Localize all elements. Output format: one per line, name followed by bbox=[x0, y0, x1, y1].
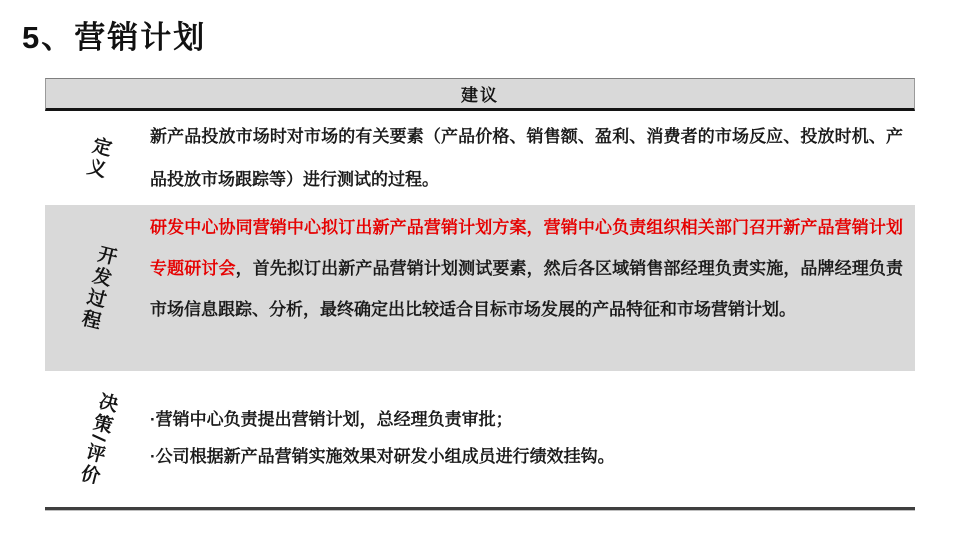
process-text-normal: ，首先拟订出新产品营销计划测试要素，然后各区域销售部经理负责实施，品牌经理负责市… bbox=[150, 259, 903, 319]
suggestion-table: 建议 定义 新产品投放市场时对市场的有关要素（产品价格、销售额、盈利、消费者的市… bbox=[45, 78, 915, 510]
row-body-decision-evaluation: ·营销中心负责提出营销计划，总经理负责审批； ·公司根据新产品营销实施效果对研发… bbox=[150, 371, 915, 507]
definition-paragraph: 新产品投放市场时对市场的有关要素（产品价格、销售额、盈利、消费者的市场反应、投放… bbox=[150, 115, 903, 201]
row-body-development-process: 研发中心协同营销中心拟订出新产品营销计划方案，营销中心负责组织相关部门召开新产品… bbox=[150, 205, 915, 371]
table-row-development-process: 开发过程 研发中心协同营销中心拟订出新产品营销计划方案，营销中心负责组织相关部门… bbox=[45, 205, 915, 371]
process-paragraph: 研发中心协同营销中心拟订出新产品营销计划方案，营销中心负责组织相关部门召开新产品… bbox=[150, 207, 903, 330]
table-row-definition: 定义 新产品投放市场时对市场的有关要素（产品价格、销售额、盈利、消费者的市场反应… bbox=[45, 111, 915, 205]
row-label-cell-process: 开发过程 bbox=[45, 205, 150, 371]
table-header-label: 建议 bbox=[461, 81, 499, 106]
row-label-decision-evaluation: 决策/评价 bbox=[73, 389, 122, 489]
slide: 5、营销计划 建议 定义 新产品投放市场时对市场的有关要素（产品价格、销售额、盈… bbox=[0, 0, 960, 540]
row-label-cell-definition: 定义 bbox=[45, 111, 150, 205]
definition-text: 新产品投放市场时对市场的有关要素（产品价格、销售额、盈利、消费者的市场反应、投放… bbox=[150, 127, 903, 189]
row-label-development-process: 开发过程 bbox=[74, 242, 121, 334]
row-label-cell-evaluation: 决策/评价 bbox=[45, 371, 150, 507]
table-header-row: 建议 bbox=[45, 78, 915, 111]
table-row-decision-evaluation: 决策/评价 ·营销中心负责提出营销计划，总经理负责审批； ·公司根据新产品营销实… bbox=[45, 371, 915, 507]
evaluation-bullet-1: ·营销中心负责提出营销计划，总经理负责审批； bbox=[150, 401, 903, 438]
row-label-definition: 定义 bbox=[79, 133, 116, 182]
row-body-definition: 新产品投放市场时对市场的有关要素（产品价格、销售额、盈利、消费者的市场反应、投放… bbox=[150, 111, 915, 205]
evaluation-bullet-2: ·公司根据新产品营销实施效果对研发小组成员进行绩效挂钩。 bbox=[150, 438, 903, 475]
page-title: 5、营销计划 bbox=[22, 12, 206, 57]
